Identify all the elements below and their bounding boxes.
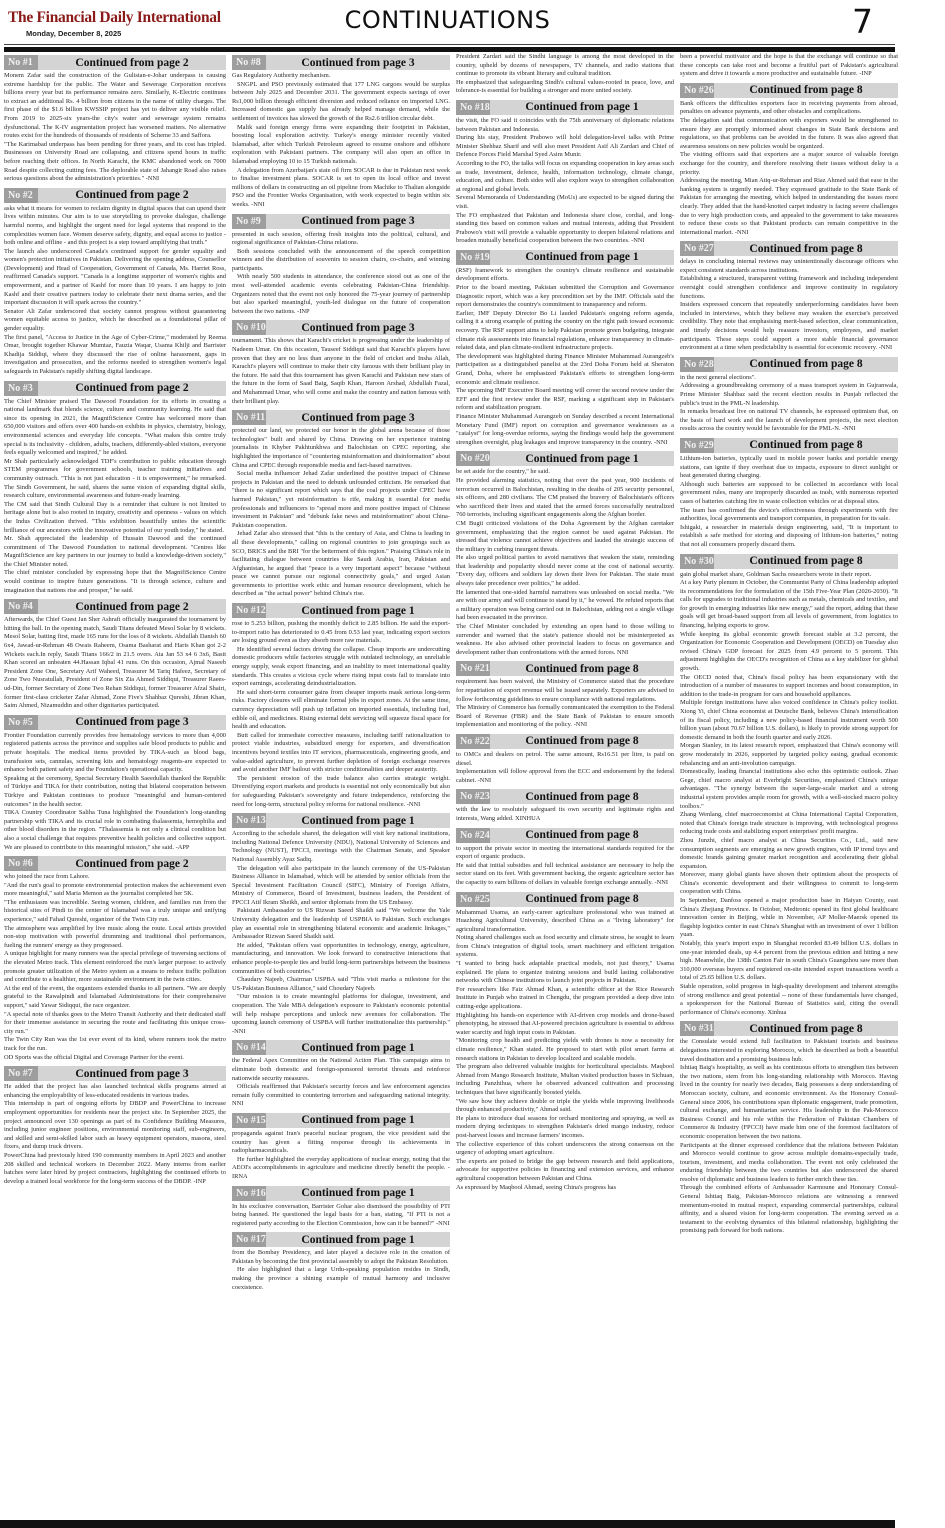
- paragraph: Addressing the meeting, Mian Atiq-ur-Reh…: [680, 177, 898, 237]
- continuation-section: No #22Continued from page 8to OMCs and d…: [456, 734, 674, 785]
- paragraph: President Zardari said the Sindhi langua…: [456, 53, 674, 79]
- continuation-section: President Zardari said the Sindhi langua…: [456, 53, 674, 96]
- continuation-section: No #27Continued from page 8delays in con…: [680, 241, 898, 353]
- section-body: presented in each session, offering fres…: [232, 231, 450, 317]
- paragraph: The Ministry of Commerce has formally co…: [456, 704, 674, 730]
- paragraph: CM Bugti criticized violations of the Do…: [456, 520, 674, 554]
- section-header: No #5Continued from page 3: [4, 715, 226, 730]
- paragraph: He also highlighted that a large Urdu-sp…: [232, 1266, 450, 1292]
- section-body: Afterwards, the Chief Guest Jan Sher Ash…: [4, 616, 226, 711]
- continued-from-label: Continued from page 2: [38, 858, 226, 870]
- page-number: 7: [852, 2, 873, 41]
- paragraph: "Monitoring crop health and predicting y…: [456, 1037, 674, 1063]
- continuation-section: No #17Continued from page 1from the Bomb…: [232, 1232, 450, 1292]
- section-body: the visit, the FO said it coincides with…: [456, 117, 674, 246]
- paragraph: Finance Minister Muhammad Aurangzeb on S…: [456, 413, 674, 447]
- paragraph: "The enthusiasm was incredible. Seeing w…: [4, 899, 226, 925]
- paragraph: Moreover, many global giants have shown …: [680, 871, 898, 897]
- section-body: Frontier Foundation currently provides f…: [4, 732, 226, 852]
- paragraph: Participants at the dinner expressed con…: [680, 1142, 898, 1185]
- section-title: CONTINUATIONS: [0, 6, 895, 34]
- column-1: No #1Continued from page 2Monem Zafar sa…: [4, 53, 226, 1518]
- section-header: No #6Continued from page 2: [4, 856, 226, 871]
- continued-from-label: Continued from page 8: [714, 84, 898, 96]
- story-number-badge: No #28: [680, 357, 714, 372]
- section-header: No #28Continued from page 8: [680, 357, 898, 372]
- paragraph: Gas Regulatory Authority mechanism.: [232, 72, 450, 81]
- continuation-section: No #15Continued from page 1propaganda ag…: [232, 1113, 450, 1182]
- paragraph: With nearly 500 students in attendance, …: [232, 273, 450, 316]
- section-header: No #26Continued from page 8: [680, 83, 898, 98]
- paragraph: Noting shared challenges such as food se…: [456, 934, 674, 960]
- continuation-section: No #14Continued from page 1the Federal A…: [232, 1040, 450, 1109]
- section-header: No #11Continued from page 3: [232, 410, 450, 425]
- paragraph: A delegation from Azerbaijan's state oil…: [232, 167, 450, 210]
- paragraph: The upcoming IMF Executive Board meeting…: [456, 387, 674, 413]
- paragraph: At a key Party plenum in October, the Co…: [680, 579, 898, 631]
- continued-from-label: Continued from page 1: [266, 1187, 450, 1199]
- paragraph: "Our mission is to create meaningful pla…: [232, 993, 450, 1036]
- section-header: No #20Continued from page 1: [456, 451, 674, 466]
- paragraph: The chief minister concluded by expressi…: [4, 569, 226, 595]
- section-body: In his exclusive conversation, Barrister…: [232, 1203, 450, 1229]
- paragraph: "And the run's goal to promote environme…: [4, 882, 226, 899]
- column-2: No #8Continued from page 3Gas Regulatory…: [232, 53, 450, 1518]
- section-body: protected our land, we protected our hon…: [232, 427, 450, 599]
- story-number-badge: No #20: [456, 451, 490, 466]
- paragraph: The collective experience of this cohort…: [456, 1141, 674, 1158]
- paragraph: Butt called for immediate corrective mea…: [232, 732, 450, 775]
- paragraph: Ishtiaq Baig's hospitality, as well as h…: [680, 1064, 898, 1141]
- paragraph: Although such batteries are supposed to …: [680, 481, 898, 507]
- story-number-badge: No #1: [4, 55, 38, 70]
- section-header: No #25Continued from page 8: [456, 892, 674, 907]
- continued-from-label: Continued from page 1: [490, 453, 674, 465]
- paragraph: Jehad Zafar also stressed that "this is …: [232, 530, 450, 599]
- story-number-badge: No #19: [456, 250, 490, 265]
- article-columns: No #1Continued from page 2Monem Zafar sa…: [4, 53, 895, 1518]
- paragraph: Afterwards, the Chief Guest Jan Sher Ash…: [4, 616, 226, 711]
- story-number-badge: No #11: [232, 410, 266, 425]
- section-header: No #10Continued from page 3: [232, 320, 450, 335]
- continuation-section: No #28Continued from page 8in the next g…: [680, 357, 898, 434]
- story-number-badge: No #15: [232, 1113, 266, 1128]
- continuation-section: No #5Continued from page 3Frontier Found…: [4, 715, 226, 852]
- paragraph: requirement has been waived, the Ministr…: [456, 678, 674, 704]
- section-body: asks what it means for women to reclaim …: [4, 205, 226, 377]
- paragraph: rose to 5.253 billion, pushing the month…: [232, 620, 450, 646]
- continuation-section: No #18Continued from page 1the visit, th…: [456, 100, 674, 246]
- continued-from-label: Continued from page 1: [490, 251, 674, 263]
- paragraph: Ishigaki, a researcher in materials desi…: [680, 524, 898, 550]
- paragraph: The experts are poised to bridge the gap…: [456, 1158, 674, 1184]
- paragraph: In September, Danfoss opened a major pro…: [680, 897, 898, 940]
- paragraph: The team has confirmed the device's effe…: [680, 507, 898, 524]
- continuation-section: No #16Continued from page 1In his exclus…: [232, 1186, 450, 1229]
- section-body: President Zardari said the Sindhi langua…: [456, 53, 674, 96]
- section-body: who joined the race from Lahore."And the…: [4, 873, 226, 1062]
- paragraph: The atmosphere was amplified by live mus…: [4, 925, 226, 951]
- paragraph: "I wanted to bring back adaptable practi…: [456, 960, 674, 986]
- paragraph: (RSF) framework to strengthen the countr…: [456, 267, 674, 284]
- continuation-section: No #1Continued from page 2Monem Zafar sa…: [4, 55, 226, 184]
- masthead: The Financial Daily International Monday…: [0, 0, 895, 46]
- header-rule-thin: [4, 44, 895, 45]
- section-body: Lithium-ion batteries, typically used in…: [680, 455, 898, 550]
- paragraph: For researchers like Faiz Ahmad Khan, a …: [456, 986, 674, 1012]
- section-header: No #9Continued from page 3: [232, 214, 450, 229]
- paragraph: Prior to the board meeting, Pakistan sub…: [456, 284, 674, 310]
- section-header: No #23Continued from page 8: [456, 789, 674, 804]
- paragraph: The first panel, "Access to Justice in t…: [4, 334, 226, 377]
- paragraph: Highlighting his hands-on experience wit…: [456, 1012, 674, 1038]
- paragraph: Establishing a structured, transparent v…: [680, 275, 898, 301]
- section-body: According to the schedule shared, the de…: [232, 830, 450, 1036]
- section-body: He added that the project has also launc…: [4, 1083, 226, 1186]
- paragraph: Bank officers the difficulties exporters…: [680, 100, 898, 117]
- section-body: Muhammad Usama, an early-career agricult…: [456, 909, 674, 1193]
- paragraph: protected our land, we protected our hon…: [232, 427, 450, 470]
- section-body: delays in concluding internal reviews ma…: [680, 258, 898, 353]
- paragraph: to OMCs and dealers on petrol. The same …: [456, 751, 674, 768]
- section-body: Bank officers the difficulties exporters…: [680, 100, 898, 238]
- story-number-badge: No #22: [456, 734, 490, 749]
- section-body: gain global market share, Goldman Sachs …: [680, 571, 898, 1018]
- paragraph: The delegation will also participate in …: [232, 865, 450, 908]
- section-body: requirement has been waived, the Ministr…: [456, 678, 674, 730]
- continued-from-label: Continued from page 1: [266, 1042, 450, 1054]
- continued-from-label: Continued from page 1: [266, 1114, 450, 1126]
- paragraph: Morgan Stanley, in its latest research r…: [680, 742, 898, 768]
- section-body: (RSF) framework to strengthen the countr…: [456, 267, 674, 447]
- paragraph: with the law to resolutely safeguard its…: [456, 806, 674, 823]
- paragraph: SNGPL and PSO previously estimated that …: [232, 81, 450, 124]
- story-number-badge: No #18: [456, 100, 490, 115]
- section-header: No #2Continued from page 2: [4, 188, 226, 203]
- paragraph: Officials reaffirmed that Pakistan's sec…: [232, 1083, 450, 1109]
- paragraph: "A special note of thanks goes to the Me…: [4, 1011, 226, 1037]
- section-header: No #14Continued from page 1: [232, 1040, 450, 1055]
- paragraph: be set aside for the country," he said.: [456, 468, 674, 477]
- story-number-badge: No #12: [232, 603, 266, 618]
- paragraph: presented in each session, offering fres…: [232, 231, 450, 248]
- paragraph: A unique highlight for many runners was …: [4, 950, 226, 984]
- continuation-section: No #21Continued from page 8requirement h…: [456, 661, 674, 730]
- story-number-badge: No #6: [4, 856, 38, 871]
- story-number-badge: No #31: [680, 1021, 714, 1036]
- paragraph: In his exclusive conversation, Barrister…: [232, 1203, 450, 1229]
- continued-from-label: Continued from page 3: [266, 412, 450, 424]
- continuation-section: No #8Continued from page 3Gas Regulatory…: [232, 55, 450, 210]
- continued-from-label: Continued from page 8: [714, 358, 898, 370]
- paragraph: He plans to introduce dual seasons for o…: [456, 1115, 674, 1141]
- paragraph: Mr Shah particularly acknowledged TDF's …: [4, 458, 226, 501]
- continued-from-label: Continued from page 8: [490, 791, 674, 803]
- section-header: No #24Continued from page 8: [456, 828, 674, 843]
- continued-from-label: Continued from page 3: [38, 716, 226, 728]
- continuation-section: No #9Continued from page 3presented in e…: [232, 214, 450, 317]
- continued-from-label: Continued from page 2: [38, 189, 226, 201]
- story-number-badge: No #23: [456, 789, 490, 804]
- paragraph: The program also delivered valuable insi…: [456, 1063, 674, 1097]
- story-number-badge: No #17: [232, 1232, 266, 1247]
- continuation-section: No #12Continued from page 1rose to 5.253…: [232, 603, 450, 809]
- story-number-badge: No #10: [232, 320, 266, 335]
- section-header: No #16Continued from page 1: [232, 1186, 450, 1201]
- story-number-badge: No #25: [456, 892, 490, 907]
- paragraph: gain global market share, Goldman Sachs …: [680, 571, 898, 580]
- header-rule-thick: [4, 47, 895, 52]
- column-4: been a powerful motivator and the hope i…: [680, 53, 898, 1518]
- continued-from-label: Continued from page 3: [266, 322, 450, 334]
- paragraph: Zhang Wenlang, chief macroeconomist at C…: [680, 811, 898, 837]
- paragraph: in the next general elections".: [680, 374, 898, 383]
- continuation-section: No #13Continued from page 1According to …: [232, 813, 450, 1036]
- paragraph: tournament. This shows that Karachi's cr…: [232, 337, 450, 406]
- story-number-badge: No #21: [456, 661, 490, 676]
- paragraph: The Twin City Run was the 1st ever event…: [4, 1036, 226, 1053]
- paragraph: "We saw how they achieve double or tripl…: [456, 1098, 674, 1115]
- paragraph: He also urged political parties to avoid…: [456, 554, 674, 588]
- continued-from-label: Continued from page 1: [490, 101, 674, 113]
- section-body: the Federal Apex Committee on the Nation…: [232, 1057, 450, 1109]
- paragraph: propaganda against Iran's peaceful nucle…: [232, 1130, 450, 1156]
- continued-from-label: Continued from page 8: [714, 439, 898, 451]
- paragraph: This internship is part of ongoing effor…: [4, 1100, 226, 1152]
- paragraph: The launch also underscored Canada's con…: [4, 248, 226, 308]
- section-body: to support the private sector in meeting…: [456, 845, 674, 888]
- paragraph: He said short-term consumer gains from c…: [232, 689, 450, 732]
- story-number-badge: No #5: [4, 715, 38, 730]
- section-header: No #17Continued from page 1: [232, 1232, 450, 1247]
- paragraph: The Chief Minister praised The Dawood Fo…: [4, 398, 226, 458]
- section-header: No #3Continued from page 2: [4, 381, 226, 396]
- story-number-badge: No #24: [456, 828, 490, 843]
- section-body: been a powerful motivator and the hope i…: [680, 53, 898, 79]
- story-number-badge: No #29: [680, 438, 714, 453]
- story-number-badge: No #8: [232, 55, 266, 70]
- paragraph: Insiders expressed concern that repeated…: [680, 301, 898, 353]
- continued-from-label: Continued from page 3: [266, 215, 450, 227]
- story-number-badge: No #2: [4, 188, 38, 203]
- paragraph: Stable operation, solid progress in high…: [680, 983, 898, 1017]
- section-header: No #27Continued from page 8: [680, 241, 898, 256]
- paragraph: Several Memoranda of Understanding (MoUs…: [456, 194, 674, 211]
- section-body: tournament. This shows that Karachi's cr…: [232, 337, 450, 406]
- section-body: the Consulate would extend full facilita…: [680, 1038, 898, 1236]
- story-number-badge: No #30: [680, 554, 714, 569]
- paragraph: PowerChina had previously hired 190 comm…: [4, 1152, 226, 1186]
- paragraph: He added that the project has also launc…: [4, 1083, 226, 1100]
- paragraph: The CM said that Sindh Cultural Day is a…: [4, 501, 226, 535]
- section-header: No #7Continued from page 3: [4, 1066, 226, 1081]
- story-number-badge: No #9: [232, 214, 266, 229]
- continuation-section: No #24Continued from page 8to support th…: [456, 828, 674, 888]
- story-number-badge: No #27: [680, 241, 714, 256]
- continued-from-label: Continued from page 2: [38, 382, 226, 394]
- paragraph: Both sessions concluded with the announc…: [232, 248, 450, 274]
- continuation-section: No #3Continued from page 2The Chief Mini…: [4, 381, 226, 596]
- paragraph: been a powerful motivator and the hope i…: [680, 53, 898, 79]
- continuation-section: been a powerful motivator and the hope i…: [680, 53, 898, 79]
- paragraph: OD Sports was the official Digital and C…: [4, 1054, 226, 1063]
- story-number-badge: No #26: [680, 83, 714, 98]
- section-header: No #8Continued from page 3: [232, 55, 450, 70]
- continued-from-label: Continued from page 1: [266, 1234, 450, 1246]
- story-number-badge: No #14: [232, 1040, 266, 1055]
- paragraph: The Chief Minister concluded by extendin…: [456, 623, 674, 657]
- continued-from-label: Continued from page 8: [490, 829, 674, 841]
- paragraph: Lithium-ion batteries, typically used in…: [680, 455, 898, 481]
- section-header: No #12Continued from page 1: [232, 603, 450, 618]
- paragraph: He provided alarming statistics, noting …: [456, 477, 674, 520]
- section-body: Gas Regulatory Authority mechanism.SNGPL…: [232, 72, 450, 210]
- continuation-section: No #10Continued from page 3tournament. T…: [232, 320, 450, 406]
- continued-from-label: Continued from page 8: [714, 1023, 898, 1035]
- paragraph: Monem Zafar said the construction of the…: [4, 72, 226, 141]
- section-header: No #30Continued from page 8: [680, 554, 898, 569]
- continued-from-label: Continued from page 1: [266, 605, 450, 617]
- footer-rule: [0, 1520, 895, 1528]
- paragraph: The development was highlighted during F…: [456, 353, 674, 387]
- continued-from-label: Continued from page 1: [266, 815, 450, 827]
- paragraph: who joined the race from Lahore.: [4, 873, 226, 882]
- paragraph: the Consulate would extend full facilita…: [680, 1038, 898, 1064]
- continuation-section: No #29Continued from page 8Lithium-ion b…: [680, 438, 898, 550]
- continuation-section: No #19Continued from page 1(RSF) framewo…: [456, 250, 674, 447]
- section-body: rose to 5.253 billion, pushing the month…: [232, 620, 450, 809]
- paragraph: Domestically, leading financial institut…: [680, 768, 898, 811]
- continued-from-label: Continued from page 8: [490, 893, 674, 905]
- paragraph: He further highlighted the everyday appl…: [232, 1156, 450, 1182]
- story-number-badge: No #3: [4, 381, 38, 396]
- paragraph: Zhou Junzhi, chief macro analyst at Chin…: [680, 837, 898, 871]
- section-body: in the next general elections".Addressin…: [680, 374, 898, 434]
- section-header: No #22Continued from page 8: [456, 734, 674, 749]
- paragraph: During his stay, President Prabowo will …: [456, 134, 674, 160]
- continuation-section: No #2Continued from page 2asks what it m…: [4, 188, 226, 377]
- paragraph: from the Bombay Presidency, and later pl…: [232, 1249, 450, 1266]
- paragraph: He added, "Pakistan offers vast opportun…: [232, 942, 450, 976]
- paragraph: He identified several factors driving th…: [232, 646, 450, 689]
- story-number-badge: No #4: [4, 599, 38, 614]
- continuation-section: No #6Continued from page 2who joined the…: [4, 856, 226, 1062]
- paragraph: the visit, the FO said it coincides with…: [456, 117, 674, 134]
- continued-from-label: Continued from page 2: [38, 57, 226, 69]
- paragraph: The persistent erosion of the trade bala…: [232, 775, 450, 809]
- paragraph: He said that initial subsidies and full …: [456, 862, 674, 888]
- continuation-section: No #25Continued from page 8Muhammad Usam…: [456, 892, 674, 1193]
- continued-from-label: Continued from page 3: [38, 1068, 226, 1080]
- section-body: with the law to resolutely safeguard its…: [456, 806, 674, 823]
- section-header: No #1Continued from page 2: [4, 55, 226, 70]
- paragraph: He emphasized that safeguarding Sindh's …: [456, 79, 674, 96]
- section-body: propaganda against Iran's peaceful nucle…: [232, 1130, 450, 1182]
- paragraph: In remarks broadcast live on national TV…: [680, 408, 898, 434]
- section-header: No #29Continued from page 8: [680, 438, 898, 453]
- continuation-section: No #23Continued from page 8with the law …: [456, 789, 674, 823]
- section-body: The Chief Minister praised The Dawood Fo…: [4, 398, 226, 596]
- paragraph: the Federal Apex Committee on the Nation…: [232, 1057, 450, 1083]
- section-header: No #13Continued from page 1: [232, 813, 450, 828]
- paragraph: Through the combined efforts of Ambassad…: [680, 1184, 898, 1236]
- paragraph: Social media influencer Jehad Zafar unde…: [232, 470, 450, 530]
- section-body: Monem Zafar said the construction of the…: [4, 72, 226, 184]
- paragraph: While keeping its global economic growth…: [680, 631, 898, 674]
- paragraph: Malik said foreign energy firms were exp…: [232, 124, 450, 167]
- paragraph: He lamented that one-sided harmful narra…: [456, 589, 674, 623]
- continuation-section: No #26Continued from page 8Bank officers…: [680, 83, 898, 238]
- paragraph: Pakistani Ambassador to US Rizwan Saeed …: [232, 907, 450, 941]
- paragraph: to support the private sector in meeting…: [456, 845, 674, 862]
- continued-from-label: Continued from page 8: [714, 555, 898, 567]
- continuation-section: No #4Continued from page 2Afterwards, th…: [4, 599, 226, 711]
- section-body: be set aside for the country," he said.H…: [456, 468, 674, 657]
- paragraph: Muhammad Usama, an early-career agricult…: [456, 909, 674, 935]
- story-number-badge: No #7: [4, 1066, 38, 1081]
- continuation-section: No #7Continued from page 3He added that …: [4, 1066, 226, 1186]
- paragraph: Addressing a groundbreaking ceremony of …: [680, 382, 898, 408]
- continuation-section: No #20Continued from page 1be set aside …: [456, 451, 674, 657]
- paragraph: According to the FO, the talks will focu…: [456, 160, 674, 194]
- paragraph: The visiting officers said that exporter…: [680, 151, 898, 177]
- continued-from-label: Continued from page 8: [490, 663, 674, 675]
- section-header: No #18Continued from page 1: [456, 100, 674, 115]
- section-header: No #21Continued from page 8: [456, 661, 674, 676]
- paragraph: Notably, this year's import expo in Shan…: [680, 940, 898, 983]
- continued-from-label: Continued from page 8: [714, 243, 898, 255]
- paragraph: TIKA Country Coordinator Saliha Tuna hig…: [4, 809, 226, 852]
- section-body: to OMCs and dealers on petrol. The same …: [456, 751, 674, 785]
- paragraph: "The Karimabad underpass has been pendin…: [4, 141, 226, 184]
- paragraph: The OECD noted that, China's fiscal poli…: [680, 674, 898, 700]
- paragraph: As expressed by Maqbool Ahmad, seeing Ch…: [456, 1184, 674, 1193]
- paragraph: Multiple foreign institutions have also …: [680, 699, 898, 742]
- paragraph: The delegation said that communication w…: [680, 117, 898, 151]
- section-header: No #15Continued from page 1: [232, 1113, 450, 1128]
- section-header: No #31Continued from page 8: [680, 1021, 898, 1036]
- story-number-badge: No #13: [232, 813, 266, 828]
- paragraph: Senator Ali Zafar underscored that socie…: [4, 308, 226, 334]
- continuation-section: No #31Continued from page 8the Consulate…: [680, 1021, 898, 1236]
- column-3: President Zardari said the Sindhi langua…: [456, 53, 674, 1518]
- paragraph: Earlier, IMF Deputy Director Bo Li laude…: [456, 310, 674, 353]
- paragraph: According to the schedule shared, the de…: [232, 830, 450, 864]
- continued-from-label: Continued from page 2: [38, 601, 226, 613]
- paragraph: At the end of the event, the organizers …: [4, 985, 226, 1011]
- continued-from-label: Continued from page 3: [266, 57, 450, 69]
- section-header: No #19Continued from page 1: [456, 250, 674, 265]
- paragraph: Frontier Foundation currently provides f…: [4, 732, 226, 775]
- section-header: No #4Continued from page 2: [4, 599, 226, 614]
- story-number-badge: No #16: [232, 1186, 266, 1201]
- continuation-section: No #30Continued from page 8gain global m…: [680, 554, 898, 1018]
- section-body: from the Bombay Presidency, and later pl…: [232, 1249, 450, 1292]
- paragraph: Speaking at the ceremony, Special Secret…: [4, 775, 226, 809]
- paragraph: delays in concluding internal reviews ma…: [680, 258, 898, 275]
- paragraph: Implementation will follow approval from…: [456, 768, 674, 785]
- paragraph: Mr. Shah appreciated the leadership of H…: [4, 535, 226, 569]
- paragraph: asks what it means for women to reclaim …: [4, 205, 226, 248]
- continued-from-label: Continued from page 8: [490, 735, 674, 747]
- continuation-section: No #11Continued from page 3protected our…: [232, 410, 450, 599]
- paragraph: The FO emphasized that Pakistan and Indo…: [456, 212, 674, 246]
- paragraph: Chaudary Najeeb, Chairman USPBA said "Th…: [232, 976, 450, 993]
